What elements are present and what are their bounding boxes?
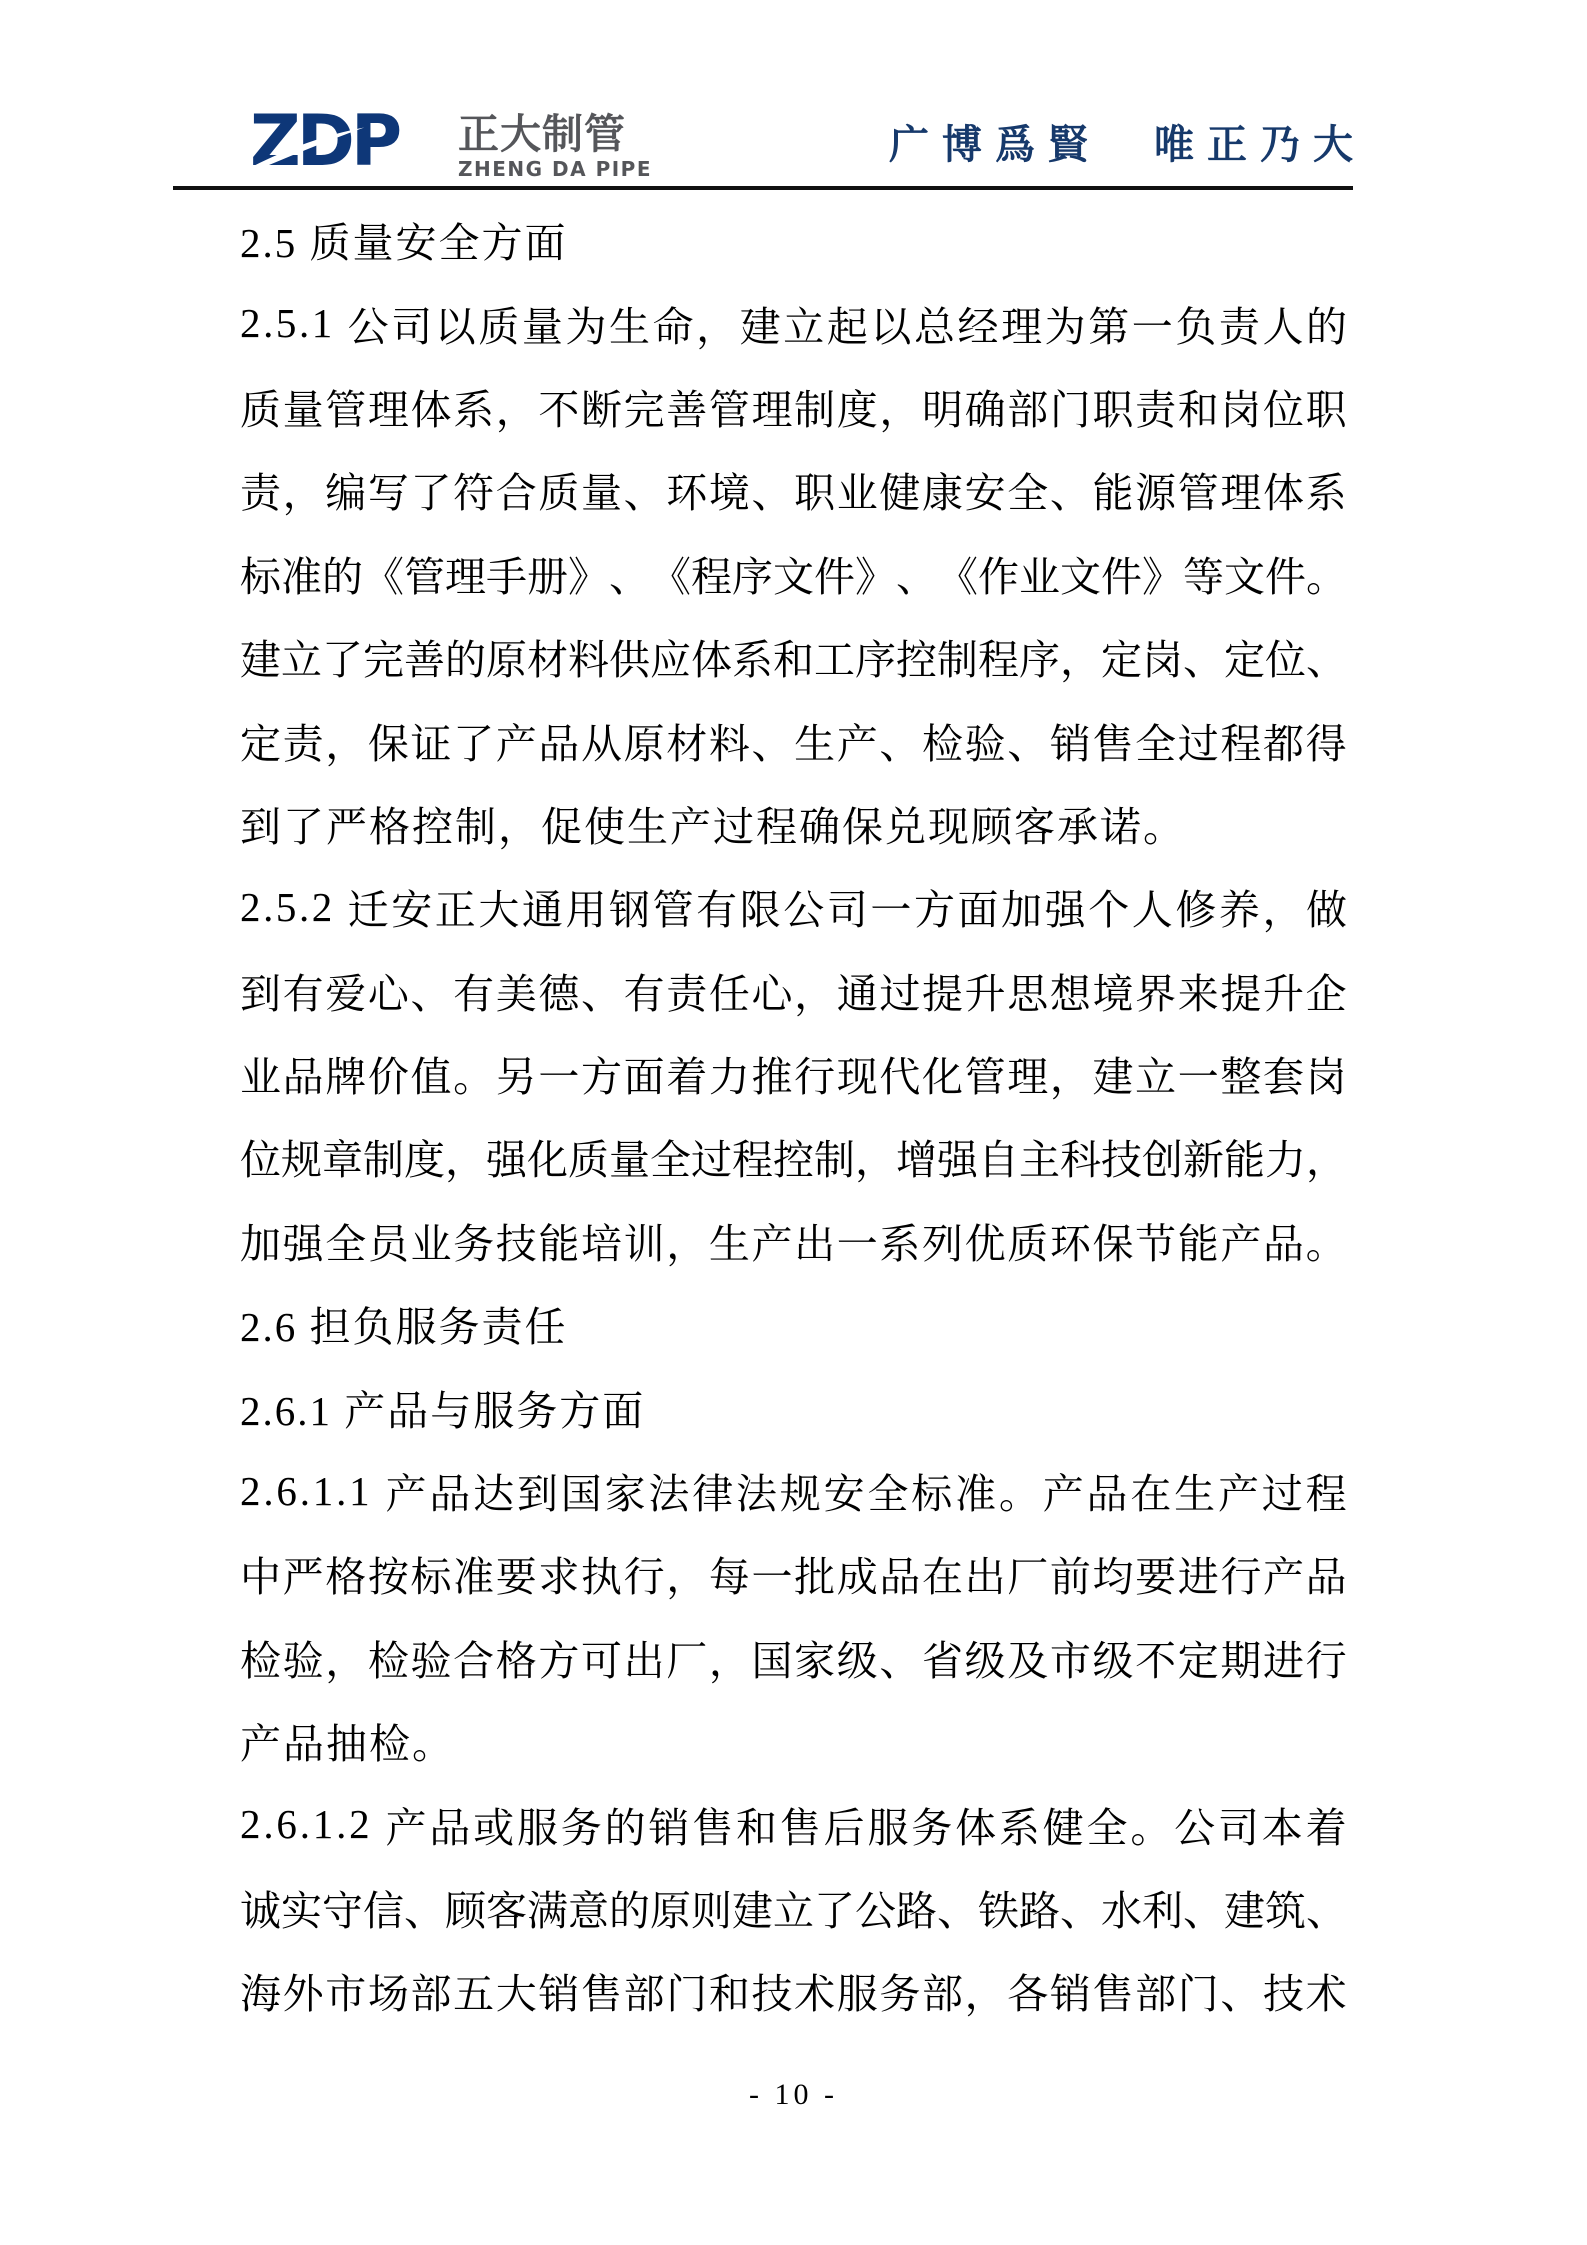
heading-line: 2.6 担负服务责任 <box>240 1282 1347 1365</box>
company-slogan: 广博爲賢 唯正乃大 <box>889 122 1366 168</box>
company-name-block: 正大制管 ZHENG DA PIPE <box>458 112 678 180</box>
text-line: 海外市场部五大销售部门和技术服务部，各销售部门、技术 <box>240 1949 1347 2032</box>
text-line: 2.5.2 迁安正大通用钢管有限公司一方面加强个人修养，做 <box>240 865 1347 948</box>
text-line: 质量管理体系，不断完善管理制度，明确部门职责和岗位职 <box>240 365 1347 448</box>
document-page: ZDP 正大制管 ZHENG DA PIPE 广博爲賢 唯正乃大 2.5 质量安… <box>0 0 1587 2245</box>
text-line: 加强全员业务技能培训，生产出一系列优质环保节能产品。 <box>240 1199 1347 1282</box>
company-name-en: ZHENG DA PIPE <box>458 158 678 180</box>
text-line: 建立了完善的原材料供应体系和工序控制程序，定岗、定位、 <box>240 615 1347 698</box>
text-line: 2.6.1.1 产品达到国家法律法规安全标准。产品在生产过程 <box>240 1449 1347 1532</box>
text-line: 诚实守信、顾客满意的原则建立了公路、铁路、水利、建筑、 <box>240 1866 1347 1949</box>
text-line: 2.6.1.2 产品或服务的销售和售后服务体系健全。公司本着 <box>240 1782 1347 1865</box>
header-divider <box>173 186 1353 190</box>
zdp-logo-text: ZDP <box>250 112 418 170</box>
text-line: 标准的《管理手册》、《程序文件》、《作业文件》等文件。 <box>240 532 1347 615</box>
company-logo: ZDP <box>250 112 418 172</box>
text-line: 业品牌价值。另一方面着力推行现代化管理，建立一整套岗 <box>240 1032 1347 1115</box>
text-line: 产品抽检。 <box>240 1699 1347 1782</box>
document-body: 2.5 质量安全方面2.5.1 公司以质量为生命，建立起以总经理为第一负责人的质… <box>240 198 1347 2033</box>
text-line: 中严格按标准要求执行，每一批成品在出厂前均要进行产品 <box>240 1532 1347 1615</box>
text-line: 检验，检验合格方可出厂，国家级、省级及市级不定期进行 <box>240 1616 1347 1699</box>
company-name-cn: 正大制管 <box>458 112 678 156</box>
text-line: 位规章制度，强化质量全过程控制，增强自主科技创新能力， <box>240 1115 1347 1198</box>
text-line: 到了严格控制，促使生产过程确保兑现顾客承诺。 <box>240 782 1347 865</box>
heading-line: 2.5 质量安全方面 <box>240 198 1347 281</box>
page-number: - 10 - <box>0 2078 1587 2112</box>
text-line: 责，编写了符合质量、环境、职业健康安全、能源管理体系 <box>240 448 1347 531</box>
text-line: 2.5.1 公司以质量为生命，建立起以总经理为第一负责人的 <box>240 281 1347 364</box>
heading-line: 2.6.1 产品与服务方面 <box>240 1365 1347 1448</box>
text-line: 到有爱心、有美德、有责任心，通过提升思想境界来提升企 <box>240 949 1347 1032</box>
text-line: 定责，保证了产品从原材料、生产、检验、销售全过程都得 <box>240 698 1347 781</box>
